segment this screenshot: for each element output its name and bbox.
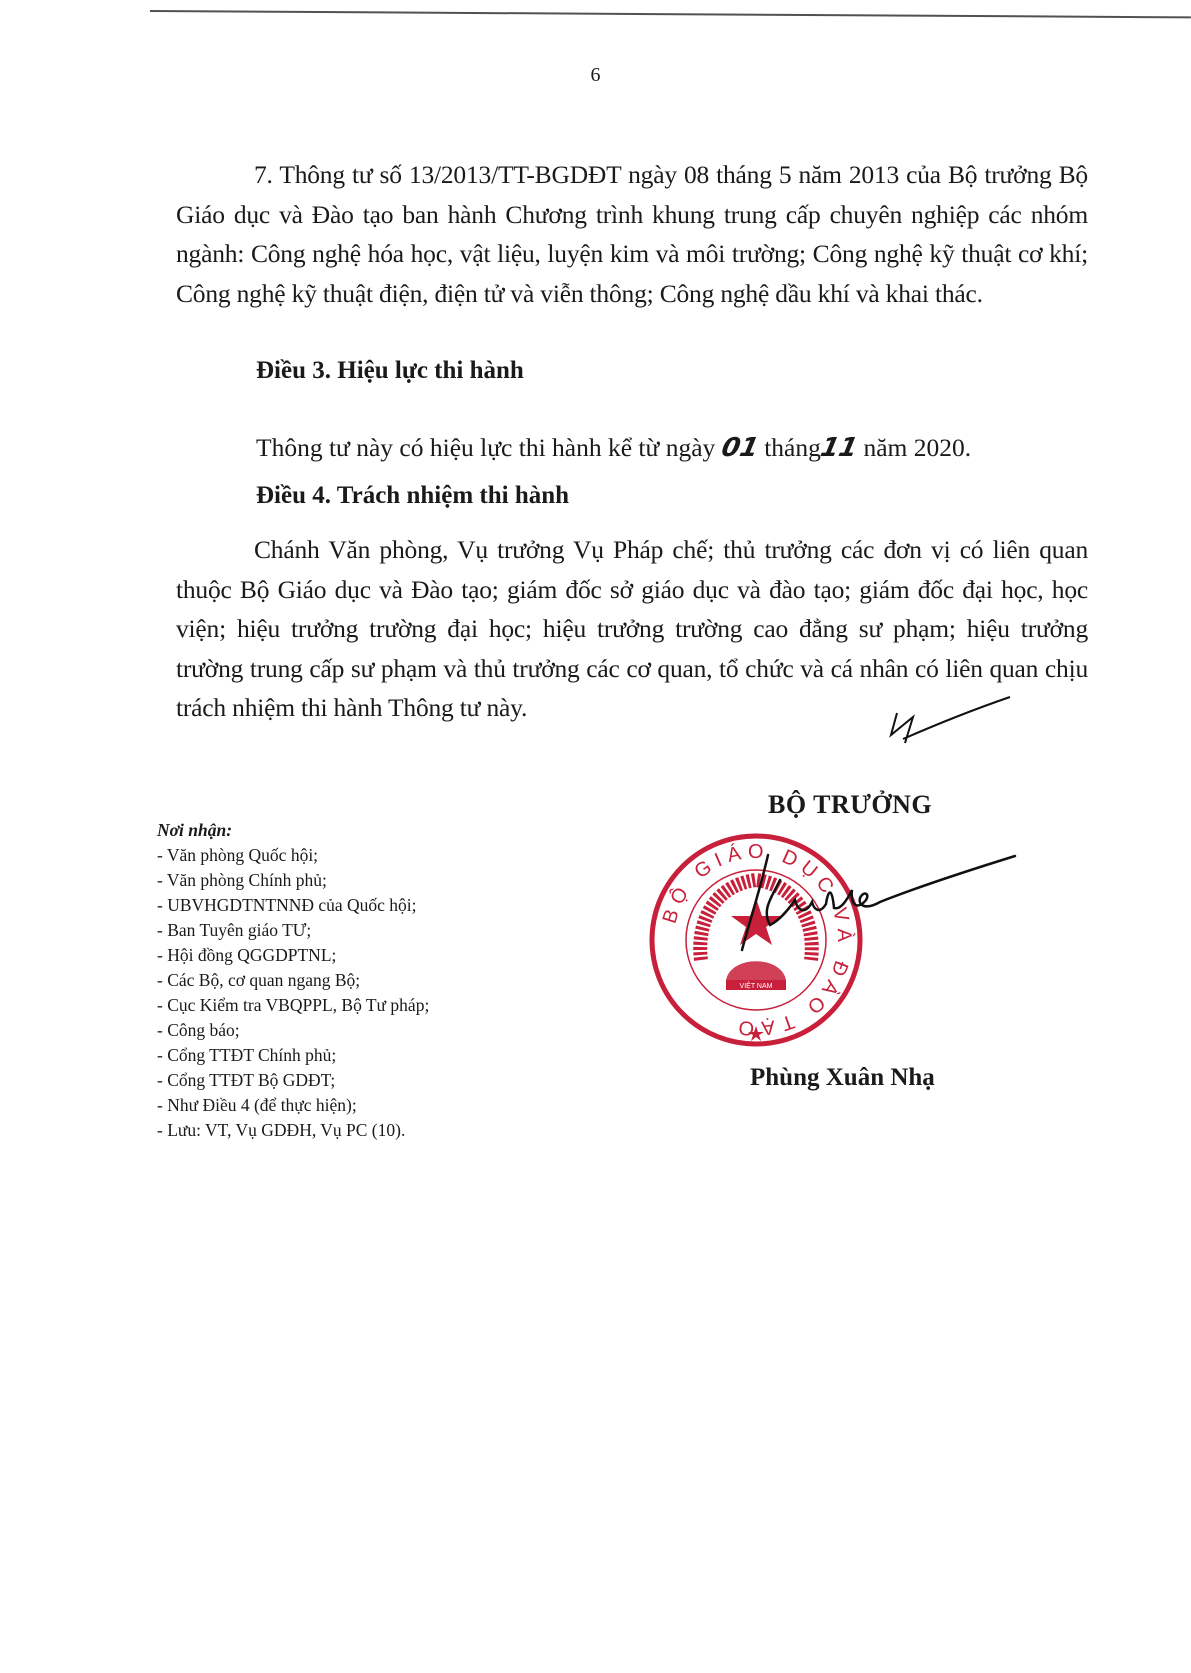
effective-date-month-label: tháng: [764, 433, 821, 462]
recipient-item: - Công báo;: [157, 1018, 429, 1043]
recipients-list: Nơi nhận: - Văn phòng Quốc hội; - Văn ph…: [157, 818, 429, 1143]
recipient-item: - Hội đồng QGGDPTNL;: [157, 943, 429, 968]
effective-date-prefix: Thông tư này có hiệu lực thi hành kể từ …: [256, 433, 715, 462]
handwritten-day: 01: [718, 433, 761, 463]
recipient-item: - UBVHGDTNTNNĐ của Quốc hội;: [157, 893, 429, 918]
article-3-heading: Điều 3. Hiệu lực thi hành: [256, 357, 524, 385]
handwritten-month: 11: [818, 433, 861, 463]
item-7-text: 7. Thông tư số 13/2013/TT-BGDĐT ngày 08 …: [176, 155, 1088, 313]
handwritten-signature-icon: [740, 850, 1020, 960]
recipient-item: - Ban Tuyên giáo TƯ;: [157, 918, 429, 943]
initials-signature-icon: [885, 695, 1015, 755]
recipient-item: - Các Bộ, cơ quan ngang Bộ;: [157, 968, 429, 993]
effective-date-line: Thông tư này có hiệu lực thi hành kể từ …: [256, 433, 971, 463]
recipient-item: - Văn phòng Quốc hội;: [157, 843, 429, 868]
recipients-title: Nơi nhận:: [157, 818, 429, 843]
item-7-paragraph: 7. Thông tư số 13/2013/TT-BGDĐT ngày 08 …: [176, 155, 1088, 313]
page-number: 6: [0, 64, 1191, 87]
recipient-item: - Như Điều 4 (để thực hiện);: [157, 1093, 429, 1118]
scan-top-edge: [150, 0, 1191, 18]
svg-text:VIỆT NAM: VIỆT NAM: [740, 981, 773, 990]
article-4-heading: Điều 4. Trách nhiệm thi hành: [256, 482, 569, 510]
signer-name: Phùng Xuân Nhạ: [750, 1064, 935, 1092]
recipient-item: - Cổng TTĐT Bộ GDĐT;: [157, 1068, 429, 1093]
effective-date-suffix: năm 2020.: [863, 433, 971, 462]
signer-title: BỘ TRƯỞNG: [768, 790, 932, 820]
recipient-item: - Cổng TTĐT Chính phủ;: [157, 1043, 429, 1068]
recipient-item: - Cục Kiểm tra VBQPPL, Bộ Tư pháp;: [157, 993, 429, 1018]
recipient-item: - Lưu: VT, Vụ GDĐH, Vụ PC (10).: [157, 1118, 429, 1143]
recipient-item: - Văn phòng Chính phủ;: [157, 868, 429, 893]
